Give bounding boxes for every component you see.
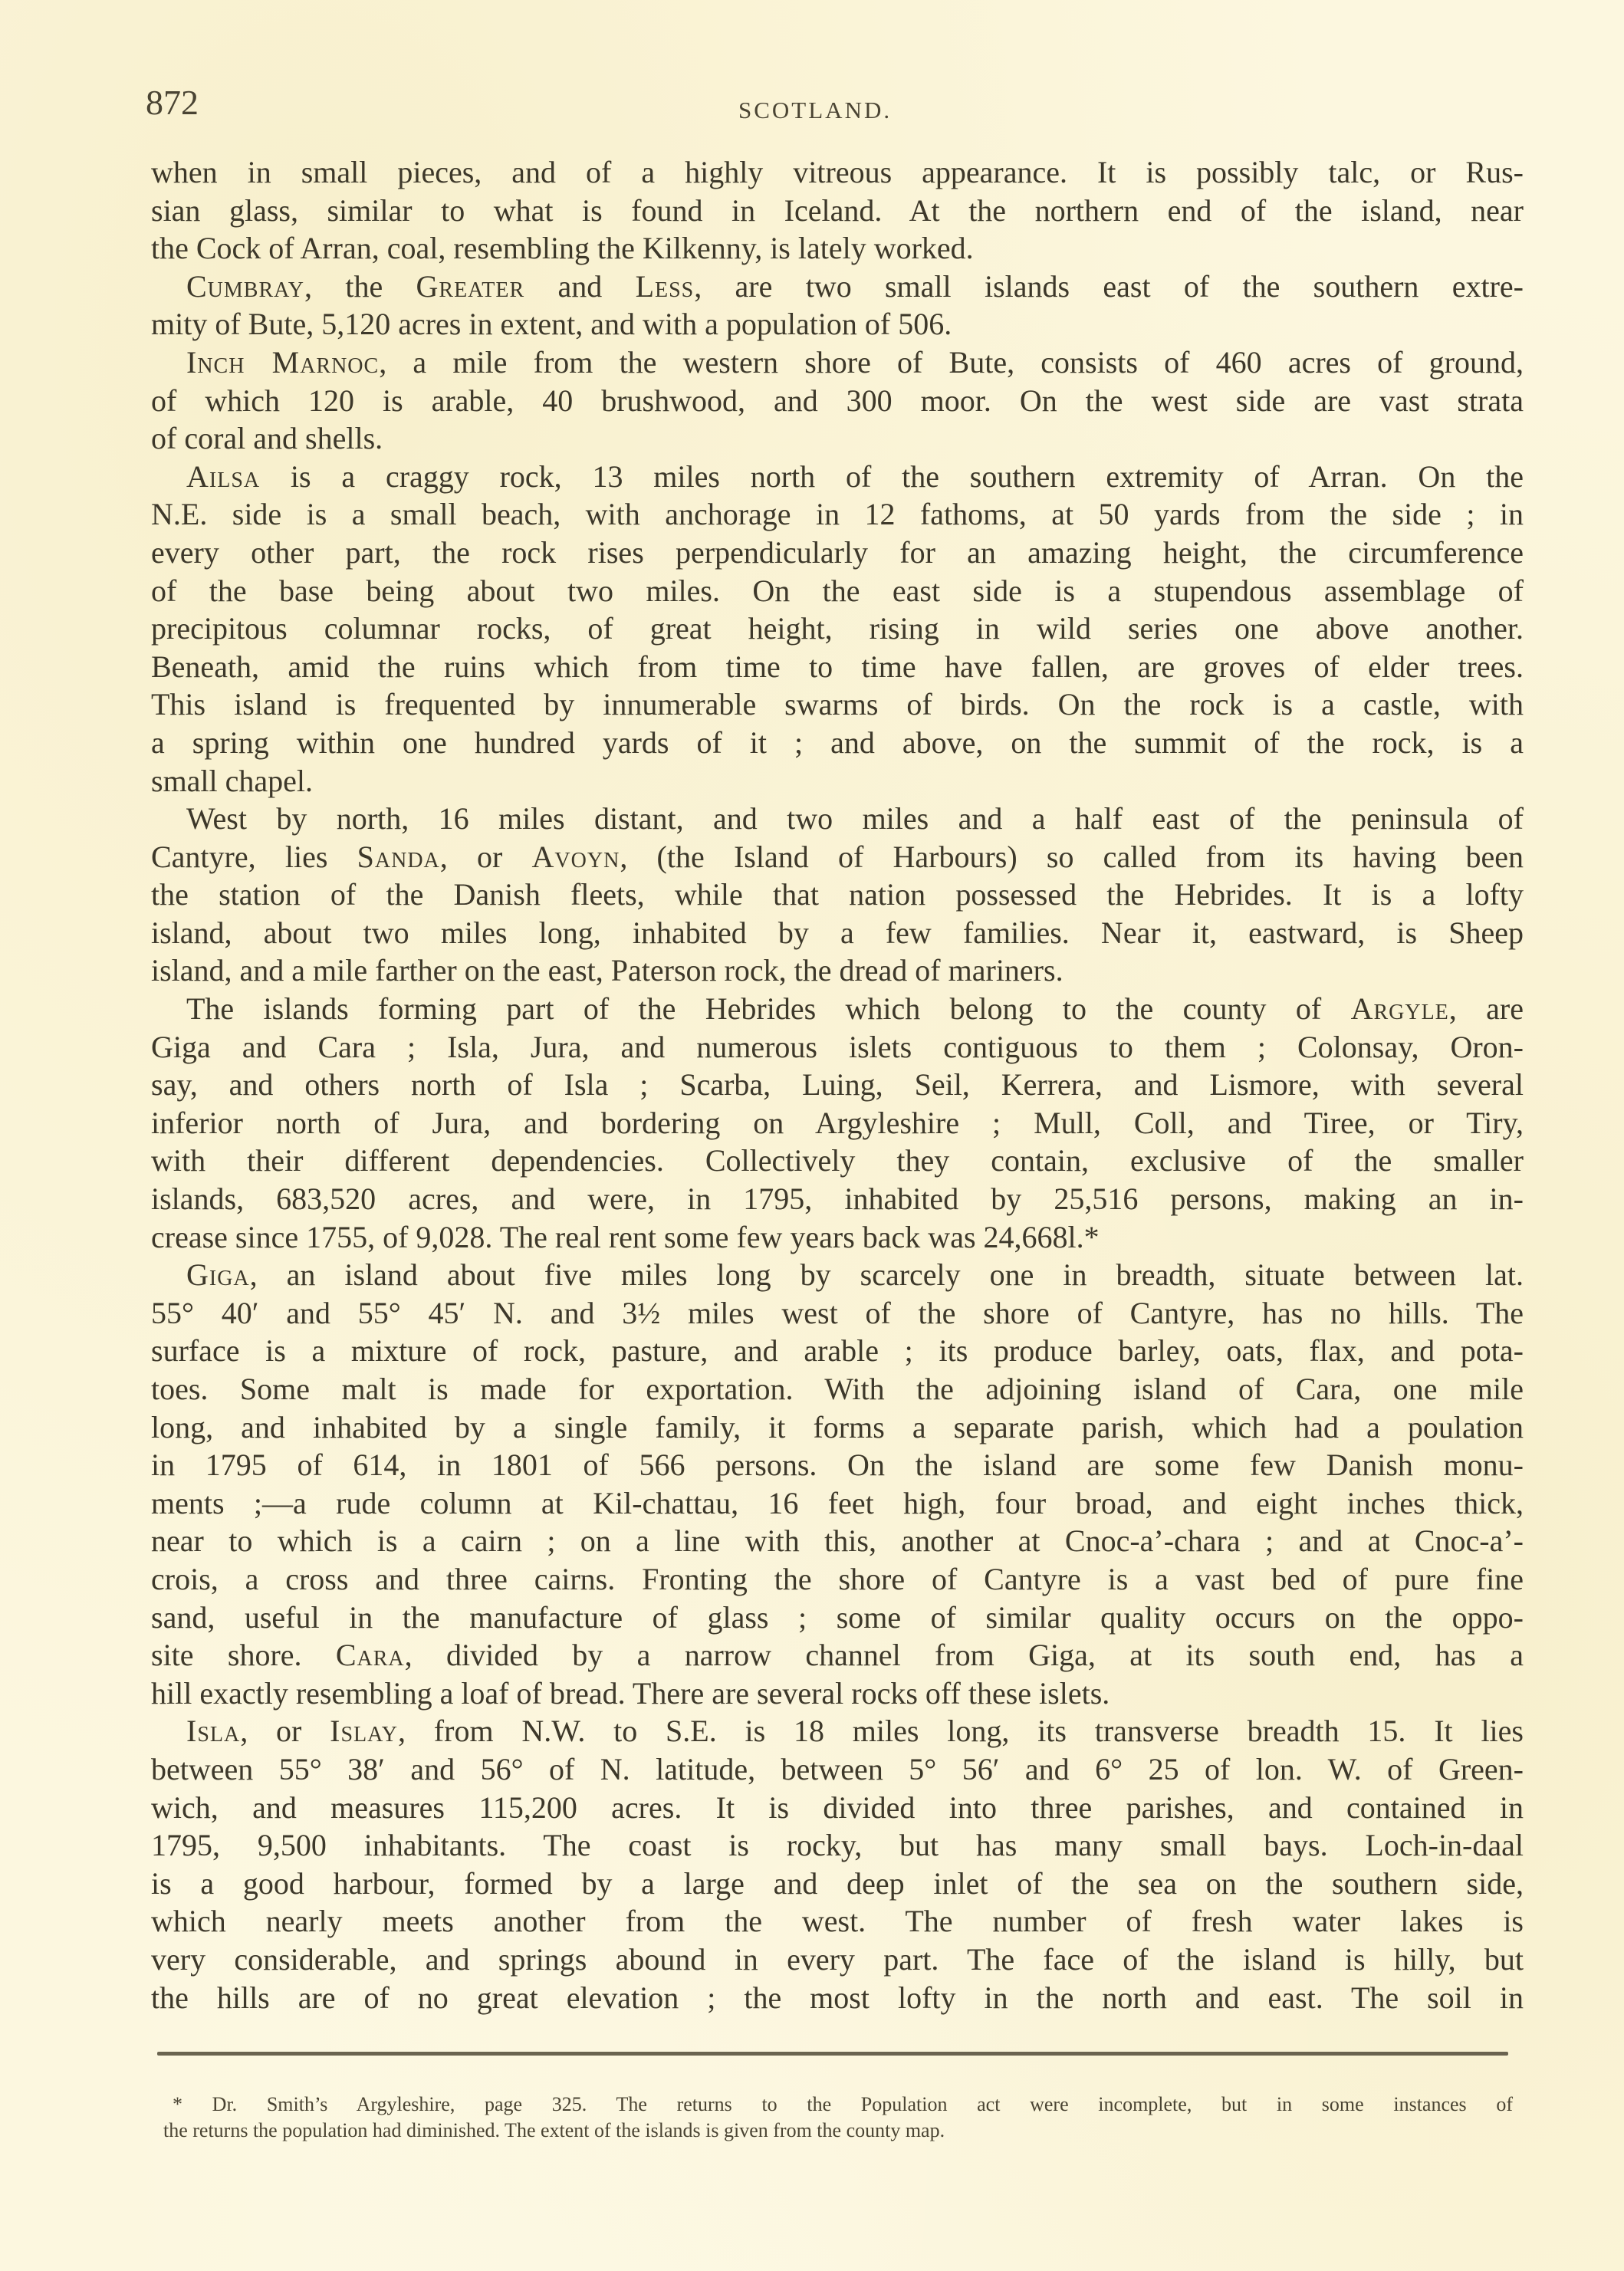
- text-run: when in small pieces, and of a highly vi…: [151, 155, 1524, 189]
- text-run: , divided by a narrow channel from Giga,…: [405, 1638, 1524, 1672]
- text-line: N.E. side is a small beach, with anchora…: [151, 495, 1524, 534]
- text-run: toes. Some malt is made for exportation.…: [151, 1372, 1524, 1406]
- text-run: sian glass, similar to what is found in …: [151, 193, 1524, 228]
- place-name-small-caps: Less: [636, 269, 695, 304]
- text-run: precipitous columnar rocks, of great hei…: [151, 611, 1524, 646]
- text-run: , (the Island of Harbours) so called fro…: [620, 840, 1524, 874]
- body-text: when in small pieces, and of a highly vi…: [151, 153, 1524, 2016]
- footnote-line: * Dr. Smith’s Argyleshire, page 325. The…: [163, 2092, 1513, 2118]
- text-line: the station of the Danish fleets, while …: [151, 876, 1524, 914]
- place-name-small-caps: Giga: [186, 1257, 250, 1292]
- text-run: , the: [304, 269, 416, 304]
- text-run: Beneath, amid the ruins which from time …: [151, 649, 1524, 684]
- paragraph-first-line: West by north, 16 miles distant, and two…: [151, 800, 1524, 838]
- text-run: West by north, 16 miles distant, and two…: [186, 801, 1524, 836]
- text-line: Giga and Cara ; Isla, Jura, and numerous…: [151, 1028, 1524, 1066]
- text-run: say, and others north of Isla ; Scarba, …: [151, 1067, 1524, 1102]
- text-line: surface is a mixture of rock, pasture, a…: [151, 1332, 1524, 1370]
- place-name-small-caps: Islay: [330, 1714, 398, 1748]
- text-run: very considerable, and springs abound in…: [151, 1942, 1524, 1977]
- text-line: inferior north of Jura, and bordering on…: [151, 1104, 1524, 1142]
- text-run: is a good harbour, formed by a large and…: [151, 1866, 1524, 1901]
- place-name-small-caps: Greater: [416, 269, 525, 304]
- text-run: of which 120 is arable, 40 brushwood, an…: [151, 383, 1524, 418]
- text-run: every other part, the rock rises perpend…: [151, 535, 1524, 570]
- text-line: toes. Some malt is made for exportation.…: [151, 1370, 1524, 1408]
- text-line: sand, useful in the manufacture of glass…: [151, 1599, 1524, 1637]
- text-run: , a mile from the western shore of Bute,…: [379, 345, 1524, 380]
- text-run: Cantyre, lies: [151, 840, 357, 874]
- text-line: of coral and shells.: [151, 419, 1524, 458]
- place-name-small-caps: Inch Marnoc: [186, 345, 379, 380]
- text-run: mity of Bute, 5,120 acres in extent, and…: [151, 307, 952, 341]
- place-name-small-caps: Ailsa: [186, 459, 260, 494]
- text-line: islands, 683,520 acres, and were, in 179…: [151, 1180, 1524, 1218]
- text-run: inferior north of Jura, and bordering on…: [151, 1106, 1524, 1140]
- text-line: small chapel.: [151, 762, 1524, 800]
- text-run: is a craggy rock, 13 miles north of the …: [260, 459, 1524, 494]
- text-run: in 1795 of 614, in 1801 of 566 persons. …: [151, 1448, 1524, 1482]
- paragraph-first-line: Inch Marnoc, a mile from the western sho…: [151, 343, 1524, 382]
- text-run: islands, 683,520 acres, and were, in 179…: [151, 1182, 1524, 1216]
- text-run: long, and inhabited by a single family, …: [151, 1410, 1524, 1444]
- paragraph-first-line: The islands forming part of the Hebrides…: [151, 990, 1524, 1028]
- text-line: crois, a cross and three cairns. Frontin…: [151, 1560, 1524, 1599]
- footnote: * Dr. Smith’s Argyleshire, page 325. The…: [163, 2092, 1513, 2144]
- text-run: of the base being about two miles. On th…: [151, 574, 1524, 608]
- text-run: This island is frequented by innumerable…: [151, 687, 1524, 721]
- text-run: N.E. side is a small beach, with anchora…: [151, 497, 1524, 531]
- text-run: near to which is a cairn ; on a line wit…: [151, 1523, 1524, 1558]
- text-line: island, and a mile farther on the east, …: [151, 951, 1524, 990]
- text-run: island, about two miles long, inhabited …: [151, 915, 1524, 950]
- text-run: , or: [240, 1714, 330, 1748]
- text-run: sand, useful in the manufacture of glass…: [151, 1600, 1524, 1635]
- text-line: hill exactly resembling a loaf of bread.…: [151, 1674, 1524, 1713]
- text-run: , an island about five miles long by sca…: [250, 1257, 1524, 1292]
- text-run: island, and a mile farther on the east, …: [151, 953, 1063, 988]
- place-name-small-caps: Isla: [186, 1714, 240, 1748]
- text-run: small chapel.: [151, 764, 313, 798]
- text-run: the hills are of no great elevation ; th…: [151, 1980, 1524, 2015]
- text-line: say, and others north of Isla ; Scarba, …: [151, 1066, 1524, 1104]
- text-line: which nearly meets another from the west…: [151, 1902, 1524, 1941]
- text-line: island, about two miles long, inhabited …: [151, 914, 1524, 952]
- text-run: The islands forming part of the Hebrides…: [186, 991, 1351, 1026]
- place-name-small-caps: Argyle: [1351, 991, 1449, 1026]
- text-run: site shore.: [151, 1638, 336, 1672]
- text-run: between 55° 38′ and 56° of N. latitude, …: [151, 1752, 1524, 1786]
- footnote-line: the returns the population had diminishe…: [163, 2118, 1513, 2144]
- text-line: Beneath, amid the ruins which from time …: [151, 648, 1524, 686]
- text-run: the station of the Danish fleets, while …: [151, 877, 1524, 912]
- page-number: 872: [146, 80, 199, 126]
- text-line: sian glass, similar to what is found in …: [151, 192, 1524, 230]
- paragraph-first-line: Isla, or Islay, from N.W. to S.E. is 18 …: [151, 1712, 1524, 1750]
- text-line: every other part, the rock rises perpend…: [151, 534, 1524, 572]
- text-line: the Cock of Arran, coal, resembling the …: [151, 229, 1524, 268]
- text-run: , or: [440, 840, 532, 874]
- text-run: and: [524, 269, 635, 304]
- text-line: 55° 40′ and 55° 45′ N. and 3½ miles west…: [151, 1294, 1524, 1333]
- text-run: ments ;—a rude column at Kil-chattau, 16…: [151, 1486, 1524, 1520]
- text-line: in 1795 of 614, in 1801 of 566 persons. …: [151, 1446, 1524, 1484]
- text-line: near to which is a cairn ; on a line wit…: [151, 1522, 1524, 1560]
- text-run: which nearly meets another from the west…: [151, 1904, 1524, 1938]
- text-line: crease since 1755, of 9,028. The real re…: [151, 1218, 1524, 1257]
- text-run: 55° 40′ and 55° 45′ N. and 3½ miles west…: [151, 1296, 1524, 1330]
- text-line: long, and inhabited by a single family, …: [151, 1408, 1524, 1447]
- place-name-small-caps: Cara: [336, 1638, 405, 1672]
- text-line: This island is frequented by innumerable…: [151, 685, 1524, 724]
- text-run: 1795, 9,500 inhabitants. The coast is ro…: [151, 1828, 1524, 1862]
- text-run: , are: [1449, 991, 1524, 1026]
- text-line: of the base being about two miles. On th…: [151, 572, 1524, 610]
- text-line: wich, and measures 115,200 acres. It is …: [151, 1789, 1524, 1827]
- text-run: surface is a mixture of rock, pasture, a…: [151, 1333, 1524, 1368]
- running-title: SCOTLAND.: [738, 95, 892, 126]
- text-line: the hills are of no great elevation ; th…: [151, 1979, 1524, 2017]
- text-line: ments ;—a rude column at Kil-chattau, 16…: [151, 1484, 1524, 1523]
- text-run: hill exactly resembling a loaf of bread.…: [151, 1676, 1110, 1711]
- place-name-small-caps: Sanda: [357, 840, 440, 874]
- text-line: is a good harbour, formed by a large and…: [151, 1865, 1524, 1903]
- text-line: 1795, 9,500 inhabitants. The coast is ro…: [151, 1826, 1524, 1865]
- paragraph-first-line: Ailsa is a craggy rock, 13 miles north o…: [151, 458, 1524, 496]
- text-line: Cantyre, lies Sanda, or Avoyn, (the Isla…: [151, 838, 1524, 876]
- text-run: of coral and shells.: [151, 421, 383, 455]
- text-run: crease since 1755, of 9,028. The real re…: [151, 1220, 1100, 1254]
- text-run: , are two small islands east of the sout…: [694, 269, 1524, 304]
- text-line: mity of Bute, 5,120 acres in extent, and…: [151, 305, 1524, 343]
- text-line: very considerable, and springs abound in…: [151, 1941, 1524, 1979]
- text-run: crois, a cross and three cairns. Frontin…: [151, 1562, 1524, 1596]
- text-run: wich, and measures 115,200 acres. It is …: [151, 1790, 1524, 1825]
- text-run: , from N.W. to S.E. is 18 miles long, it…: [398, 1714, 1524, 1748]
- text-line: site shore. Cara, divided by a narrow ch…: [151, 1636, 1524, 1674]
- text-line: with their different dependencies. Colle…: [151, 1142, 1524, 1180]
- place-name-small-caps: Avoyn: [532, 840, 620, 874]
- text-line: between 55° 38′ and 56° of N. latitude, …: [151, 1750, 1524, 1789]
- text-line: when in small pieces, and of a highly vi…: [151, 153, 1524, 192]
- footnote-separator-rule: [157, 2052, 1508, 2056]
- text-run: the Cock of Arran, coal, resembling the …: [151, 231, 974, 265]
- text-run: a spring within one hundred yards of it …: [151, 725, 1524, 760]
- text-line: of which 120 is arable, 40 brushwood, an…: [151, 382, 1524, 420]
- text-run: with their different dependencies. Colle…: [151, 1143, 1524, 1178]
- text-line: precipitous columnar rocks, of great hei…: [151, 610, 1524, 648]
- text-run: Giga and Cara ; Isla, Jura, and numerous…: [151, 1030, 1524, 1064]
- paragraph-first-line: Cumbray, the Greater and Less, are two s…: [151, 268, 1524, 306]
- paragraph-first-line: Giga, an island about five miles long by…: [151, 1256, 1524, 1294]
- place-name-small-caps: Cumbray: [186, 269, 304, 304]
- text-line: a spring within one hundred yards of it …: [151, 724, 1524, 762]
